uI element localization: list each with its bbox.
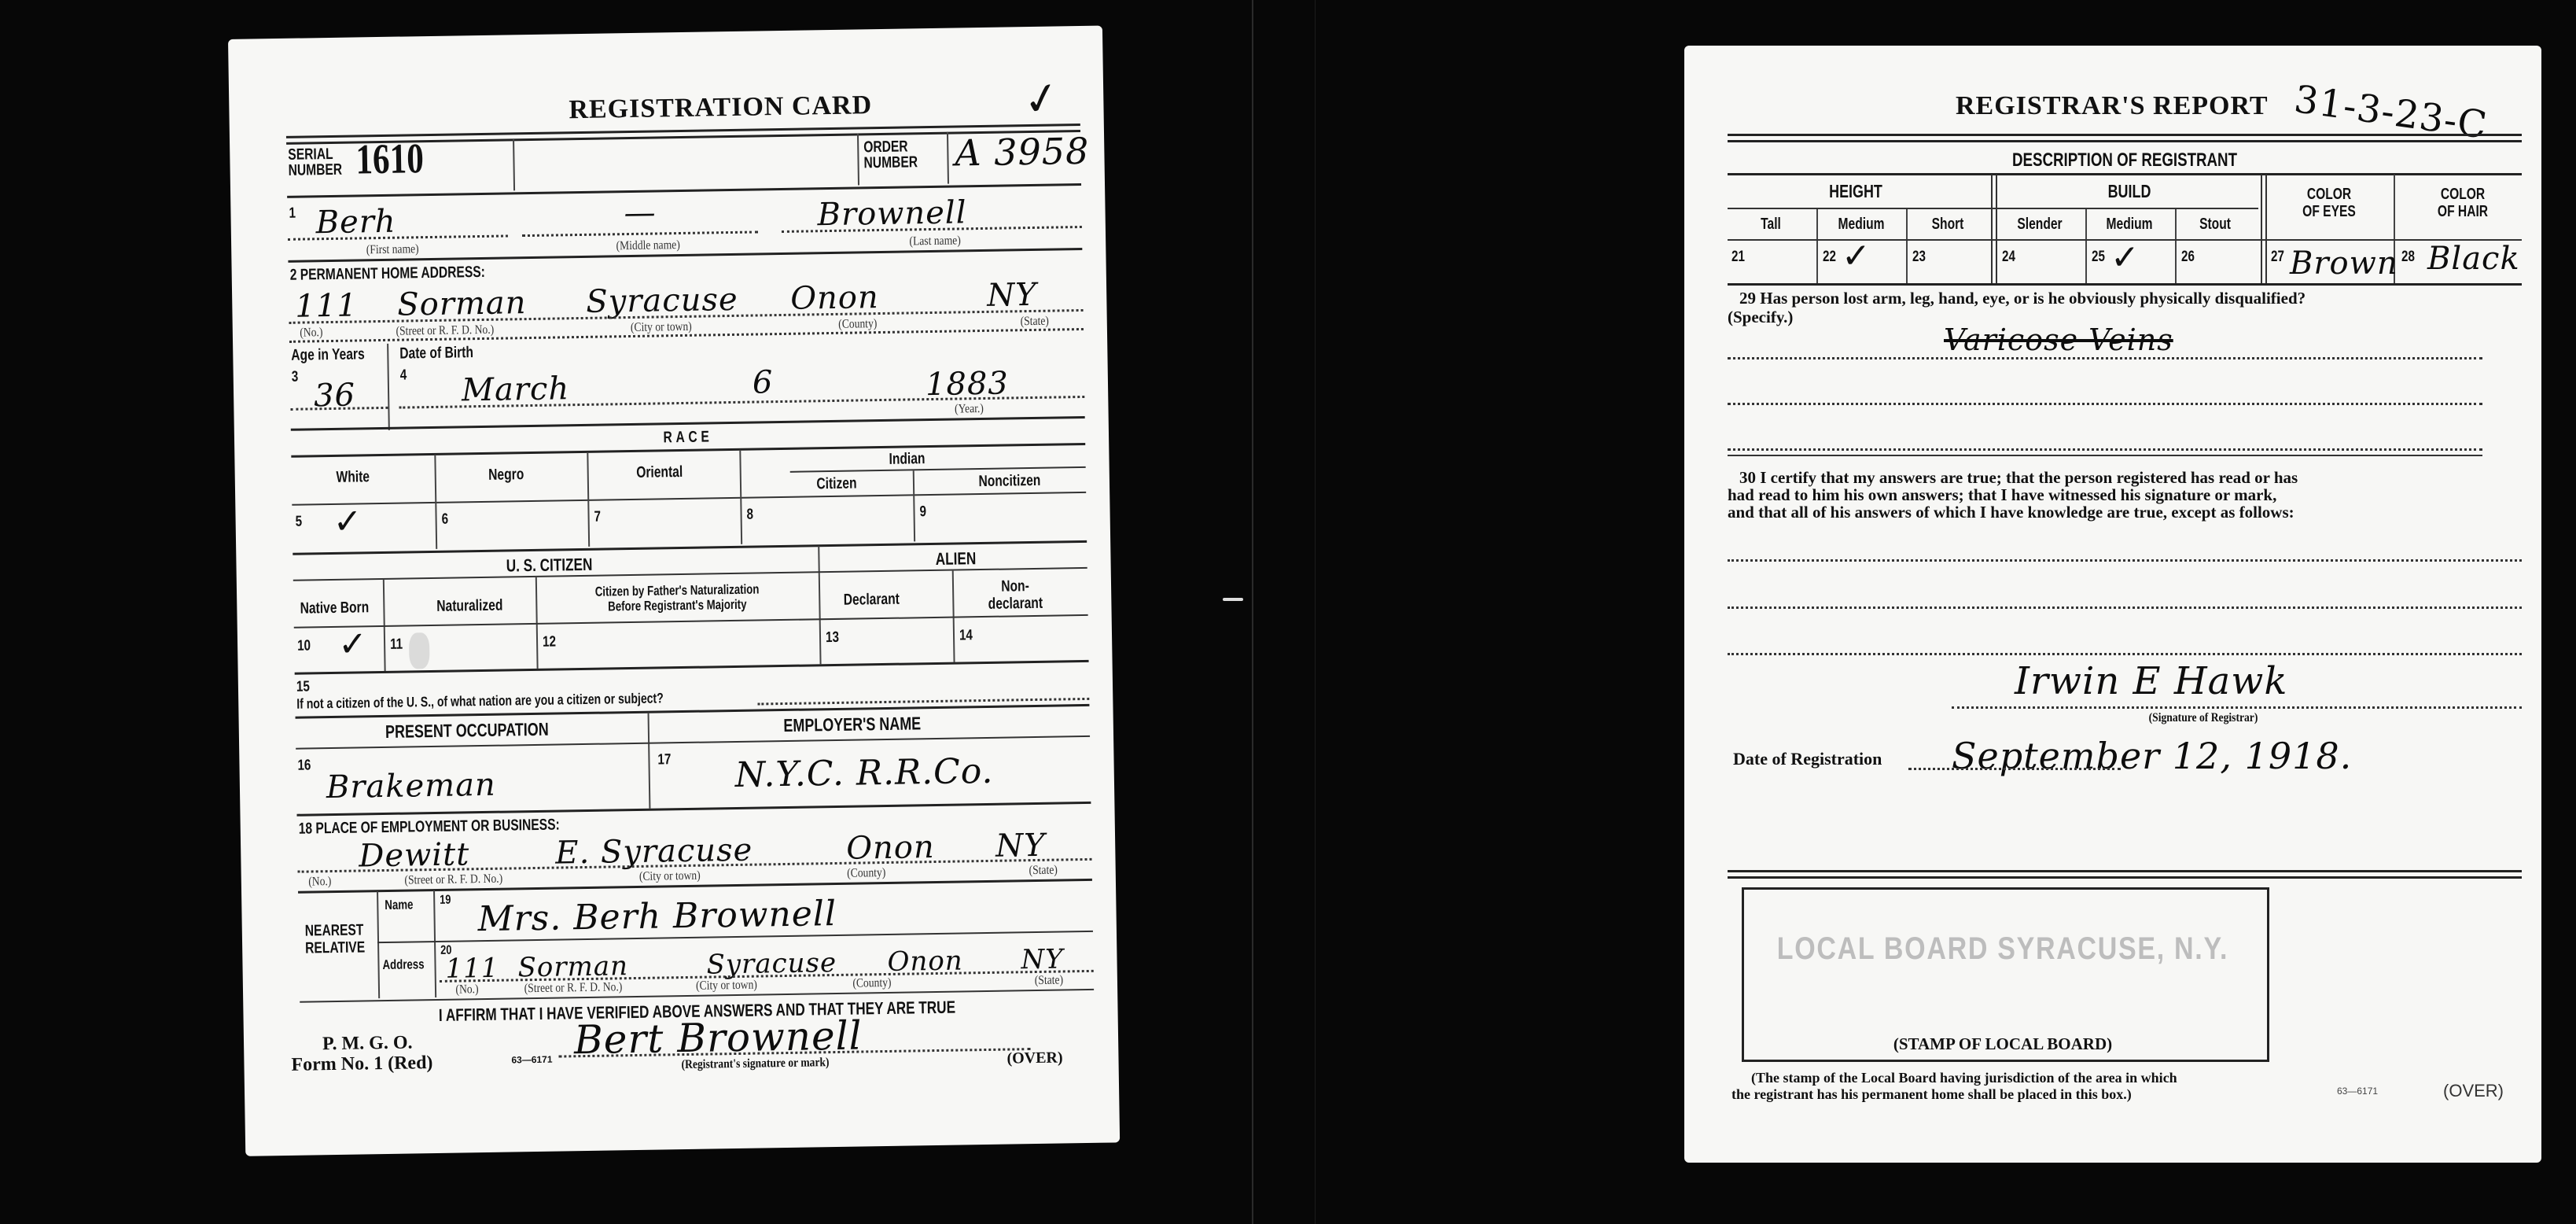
middle-name-label: (Middle name) [616, 238, 679, 253]
divider [293, 567, 1087, 581]
dotted-line [1728, 559, 2522, 562]
field-number: 8 [746, 507, 753, 524]
field-number: 16 [297, 757, 311, 774]
field-number: 14 [959, 627, 973, 644]
field-number: 27 [2271, 249, 2284, 266]
serial-number-value: 1610 [355, 134, 424, 183]
field-number: 3 [292, 369, 299, 386]
divider [1728, 283, 2522, 286]
q29-answer: Varicose Veins [1944, 323, 2173, 357]
divider [294, 614, 1088, 629]
field-number: 19 [440, 894, 451, 908]
field-number: 24 [2002, 249, 2015, 266]
street-label: (Street or R. F. D. No.) [396, 323, 494, 339]
field-number: 21 [1731, 249, 1745, 266]
divider [2085, 209, 2087, 283]
home-address-state: NY [987, 277, 1037, 314]
divider [377, 891, 380, 998]
print-code: 63—6171 [2337, 1086, 2378, 1097]
county-label: (County) [838, 317, 877, 332]
first-name-label: (First name) [366, 242, 419, 257]
field-number: 17 [657, 751, 671, 769]
height-short-label: Short [1932, 216, 1964, 234]
city-label: (City or town) [631, 320, 692, 335]
divider [1991, 175, 1993, 283]
race-white-label: White [336, 468, 370, 487]
dotted-line [1728, 448, 2482, 451]
relative-address-label: Address [382, 957, 424, 973]
dotted-line [1952, 706, 2522, 709]
form-id-number: Form No. 1 (Red) [291, 1053, 432, 1076]
race-indian-citizen-label: Citizen [816, 475, 856, 494]
field-number: 25 [2092, 249, 2105, 266]
native-born-check: ✓ [338, 624, 368, 665]
field-number: 12 [543, 634, 556, 651]
field-number: 28 [2401, 249, 2415, 266]
divider [1728, 173, 2522, 175]
county-label: (County) [852, 976, 891, 991]
age-label: Age in Years [291, 345, 365, 364]
field-number: 6 [441, 511, 448, 529]
state-label: (State) [1020, 315, 1049, 330]
description-title: DESCRIPTION OF REGISTRANT [2012, 149, 2237, 171]
divider [913, 470, 915, 541]
q29-specify: (Specify.) [1728, 308, 1793, 326]
non-declarant-label: Non-declarant [988, 577, 1043, 613]
scanner-line [1315, 0, 1316, 1224]
home-address-street: Sorman [397, 285, 527, 323]
hair-color-value: Black [2427, 241, 2520, 277]
field-number: 5 [295, 514, 302, 531]
relative-name-label: Name [385, 897, 413, 913]
divider [1728, 455, 2482, 456]
divider [1816, 209, 1818, 283]
divider [1728, 134, 2522, 136]
field-number: 23 [1912, 249, 1926, 266]
field-number: 10 [297, 637, 311, 654]
divider [790, 466, 1086, 473]
no-label: (No.) [455, 983, 478, 997]
city-label: (City or town) [639, 869, 701, 884]
divider [433, 890, 436, 997]
last-name-label: (Last name) [909, 234, 961, 249]
place-of-employment-label: 18 PLACE OF EMPLOYMENT OR BUSINESS: [299, 817, 560, 839]
registrars-report-card: REGISTRAR'S REPORT 31-3-23-C DESCRIPTION… [1684, 46, 2541, 1163]
height-tall-label: Tall [1761, 216, 1781, 234]
race-oriental-label: Oriental [636, 463, 683, 482]
middle-name-value: — [624, 194, 657, 231]
occupation-label: PRESENT OCCUPATION [385, 719, 549, 743]
year-label: (Year.) [955, 402, 984, 417]
registration-card: REGISTRATION CARD ✓ SERIALNUMBER 1610 OR… [228, 26, 1120, 1156]
print-code: 63—6171 [511, 1054, 552, 1066]
no-label: (No.) [300, 326, 322, 340]
divider [2261, 175, 2262, 283]
street-label: (Street or R. F. D. No.) [404, 872, 502, 888]
field-number: 11 [390, 636, 403, 654]
build-medium-check: ✓ [2110, 238, 2140, 278]
race-indian-label: Indian [889, 450, 925, 469]
build-slender-label: Slender [2017, 216, 2062, 234]
report-code: 31-3-23-C [2291, 77, 2490, 148]
nearest-relative-label: NEARESTRELATIVE [305, 921, 366, 957]
field-number: 22 [1823, 249, 1836, 266]
eye-color-value: Brown [2290, 245, 2398, 282]
divider [2175, 209, 2177, 283]
order-number-label: ORDERNUMBER [863, 138, 918, 171]
field-number: 26 [2181, 249, 2195, 266]
corner-check-mark: ✓ [1019, 71, 1065, 128]
first-name-value: Berh [315, 204, 396, 241]
birth-day-value: 6 [753, 364, 774, 400]
dotted-line [1728, 403, 2482, 405]
dotted-line [1728, 653, 2522, 655]
city-label: (City or town) [696, 979, 757, 994]
registration-date-value: September 12, 1918. [1952, 735, 2352, 777]
stamp-note: (The stamp of the Local Board having jur… [1731, 1070, 2177, 1103]
divider [387, 344, 390, 430]
street-label: (Street or R. F. D. No.) [524, 980, 623, 996]
race-negro-label: Negro [488, 466, 524, 485]
card-title: REGISTRATION CARD [569, 90, 872, 125]
field-number: 7 [594, 509, 601, 526]
home-address-county: Onon [790, 279, 879, 317]
build-stout-label: Stout [2199, 216, 2231, 234]
build-medium-label: Medium [2107, 216, 2153, 234]
q30-text: 30 I certify that my answers are true; t… [1728, 469, 2522, 521]
alien-title: ALIEN [936, 548, 977, 570]
hair-color-label: COLOROF HAIR [2438, 186, 2488, 220]
divider [1728, 870, 2522, 872]
divider [1906, 209, 1908, 283]
employer-value: N.Y.C. R.R.Co. [734, 751, 993, 795]
registrar-signature-label: (Signature of Registrar) [2149, 711, 2258, 725]
dotted-line [1728, 606, 2522, 609]
race-indian-noncitizen-label: Noncitizen [978, 472, 1040, 491]
dotted-line [522, 230, 758, 237]
naturalized-label: Naturalized [436, 597, 502, 616]
stamp-label: (STAMP OF LOCAL BOARD) [1893, 1035, 2112, 1053]
height-medium-label: Medium [1838, 216, 1885, 234]
declarant-label: Declarant [844, 591, 900, 610]
race-title: RACE [663, 428, 712, 447]
field-number: 15 [296, 678, 310, 695]
field-number: 4 [400, 367, 407, 384]
divider [818, 546, 821, 664]
eye-color-label: COLOROF EYES [2302, 186, 2356, 220]
occupation-value: Brakeman [326, 767, 497, 806]
build-label: BUILD [2108, 181, 2151, 202]
birth-date-label: Date of Birth [399, 344, 473, 363]
registration-date-label: Date of Registration [1733, 749, 1882, 769]
divider [1728, 208, 2258, 209]
field-number: 9 [919, 503, 926, 521]
race-white-check: ✓ [333, 501, 362, 542]
fathers-naturalization-label: Citizen by Father's NaturalizationBefore… [595, 581, 760, 614]
divider [947, 132, 949, 184]
no-label: (No.) [308, 875, 331, 889]
over-label: (OVER) [2443, 1081, 2504, 1101]
smudge-mark [409, 632, 430, 669]
field-number: 1 [289, 205, 296, 223]
height-label: HEIGHT [1829, 181, 1882, 202]
signature-label: (Registrant's signature or mark) [681, 1056, 829, 1072]
state-label: (State) [1035, 973, 1064, 988]
birth-month-value: March [462, 371, 570, 408]
form-id-pmgo: P. M. G. O. [322, 1032, 413, 1055]
divider [292, 492, 1086, 506]
employer-label: EMPLOYER'S NAME [783, 713, 921, 736]
scanner-line [1252, 0, 1253, 1224]
dust-mark [1223, 598, 1243, 601]
local-board-stamp: LOCAL BOARD SYRACUSE, N.Y. [1777, 931, 2228, 967]
relative-name-value: Mrs. Berh Brownell [477, 894, 837, 939]
report-title: REGISTRAR'S REPORT [1956, 91, 2269, 121]
divider [513, 138, 515, 190]
over-label: (OVER) [1006, 1049, 1062, 1067]
us-citizen-title: U. S. CITIZEN [506, 555, 593, 577]
serial-number-label: SERIALNUMBER [288, 146, 342, 179]
dotted-line [1908, 768, 2121, 770]
registrar-signature: Irwin E Hawk [2015, 659, 2287, 703]
dotted-line [1728, 357, 2482, 359]
q29-text: 29 Has person lost arm, leg, hand, eye, … [1739, 289, 2306, 307]
order-number-value: A 3958 [955, 130, 1090, 175]
county-label: (County) [847, 866, 885, 881]
height-medium-check: ✓ [1842, 236, 1871, 276]
home-address-no: 111 [295, 287, 358, 324]
divider [857, 133, 859, 185]
divider [648, 713, 651, 809]
native-born-label: Native Born [300, 599, 369, 618]
field-number: 13 [826, 629, 839, 647]
nation-question: If not a citizen of the U. S., of what n… [296, 690, 664, 712]
state-label: (State) [1029, 864, 1058, 879]
home-address-label: 2 PERMANENT HOME ADDRESS: [290, 264, 486, 285]
